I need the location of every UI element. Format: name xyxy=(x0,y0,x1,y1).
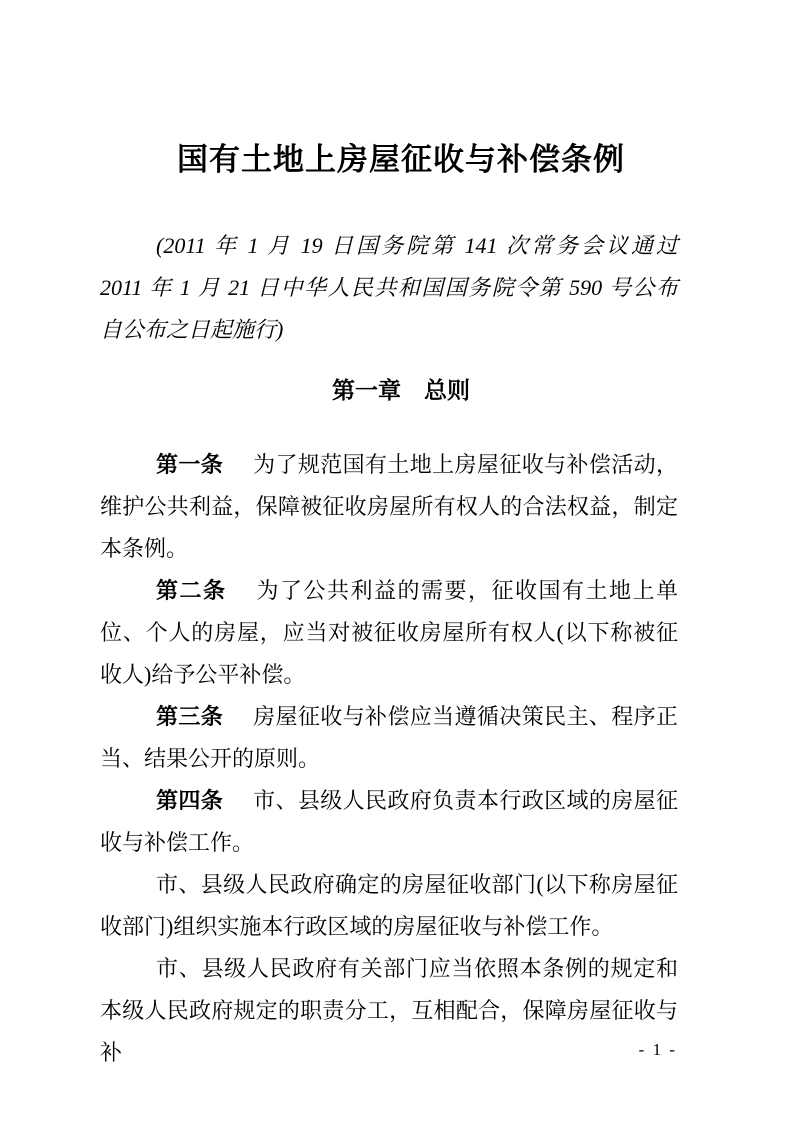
document-page: 国有土地上房屋征收与补偿条例 (2011 年 1 月 19 日国务院第 141 … xyxy=(0,0,793,1122)
paragraph-text: 市、县级人民政府有关部门应当依照本条例的规定和本级人民政府规定的职责分工，互相配… xyxy=(100,956,678,1065)
page-number: - 1 - xyxy=(639,1040,677,1060)
article-paragraph-3: 第三条房屋征收与补偿应当遵循决策民主、程序正当、结果公开的原则。 xyxy=(100,696,678,780)
paragraph-text: 市、县级人民政府确定的房屋征收部门(以下称房屋征收部门)组织实施本行政区域的房屋… xyxy=(100,872,678,939)
body-paragraph-6: 市、县级人民政府有关部门应当依照本条例的规定和本级人民政府规定的职责分工，互相配… xyxy=(100,948,678,1074)
articles-section: 第一条为了规范国有土地上房屋征收与补偿活动，维护公共利益，保障被征收房屋所有权人… xyxy=(100,444,678,1074)
article-number: 第二条 xyxy=(156,578,227,603)
article-number: 第三条 xyxy=(156,704,223,729)
article-paragraph-2: 第二条为了公共利益的需要，征收国有土地上单位、个人的房屋，应当对被征收房屋所有权… xyxy=(100,570,678,696)
page-content: 国有土地上房屋征收与补偿条例 (2011 年 1 月 19 日国务院第 141 … xyxy=(0,140,793,1074)
body-paragraph-5: 市、县级人民政府确定的房屋征收部门(以下称房屋征收部门)组织实施本行政区域的房屋… xyxy=(100,864,678,948)
article-number: 第一条 xyxy=(156,452,223,477)
promulgation-note: (2011 年 1 月 19 日国务院第 141 次常务会议通过 2011 年 … xyxy=(100,225,678,351)
article-paragraph-1: 第一条为了规范国有土地上房屋征收与补偿活动，维护公共利益，保障被征收房屋所有权人… xyxy=(100,444,678,570)
article-paragraph-4: 第四条市、县级人民政府负责本行政区域的房屋征收与补偿工作。 xyxy=(100,780,678,864)
chapter-heading: 第一章 总则 xyxy=(112,369,690,411)
article-number: 第四条 xyxy=(156,788,223,813)
document-title: 国有土地上房屋征收与补偿条例 xyxy=(112,140,690,180)
